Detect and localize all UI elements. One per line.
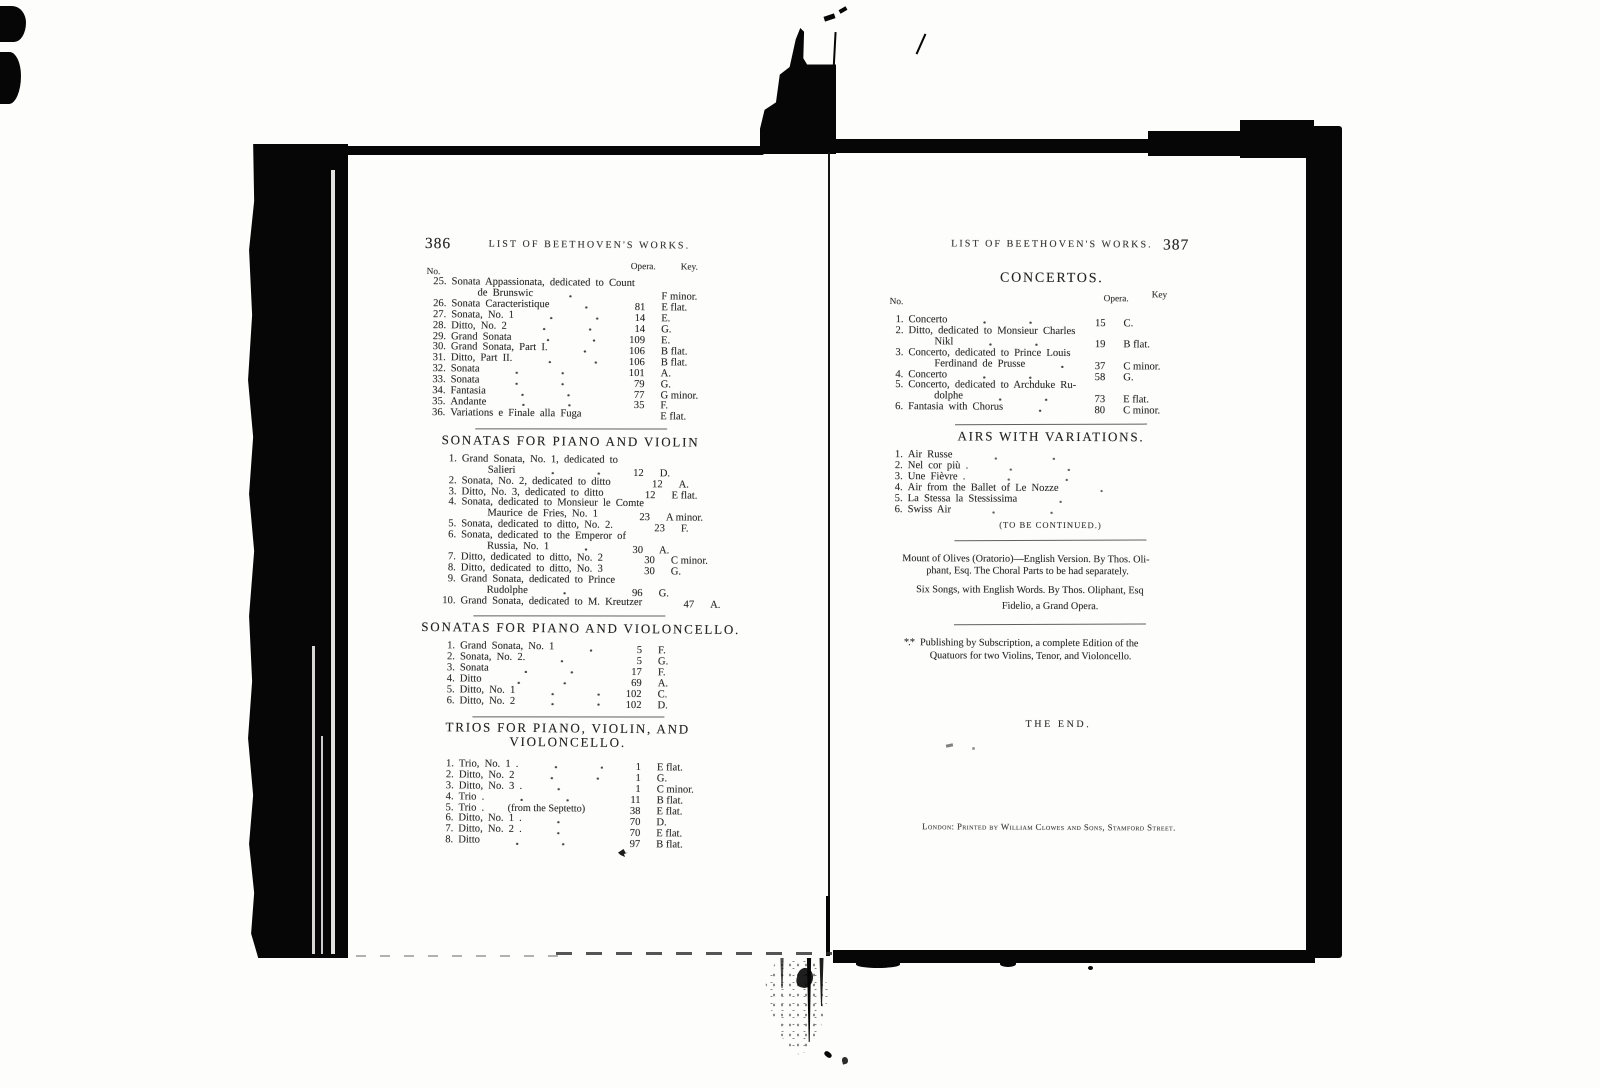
dot-leader xyxy=(650,600,656,606)
scanned-book-spread: 386 LIST OF BEETHOVEN'S WORKS. No. Opera… xyxy=(0,0,1600,1088)
opera-number: 80 xyxy=(1073,406,1105,417)
ink-blotch-top-center xyxy=(760,28,836,154)
opera-number: 58 xyxy=(1073,373,1105,384)
key-signature: G. xyxy=(643,589,717,601)
opera-number: 35 xyxy=(612,401,644,412)
item-number: 8. xyxy=(419,835,458,846)
page-number: 387 xyxy=(1163,236,1189,254)
column-header-no: No. xyxy=(427,267,441,277)
dot-leader xyxy=(619,480,625,486)
key-signature: G. xyxy=(655,568,729,580)
spine-highlight-2 xyxy=(312,646,315,954)
dot-leader xyxy=(556,346,607,352)
item-title: Swiss Air xyxy=(908,505,951,516)
dot-leader xyxy=(530,784,603,791)
to-be-continued-note: (TO BE CONTINUED.) xyxy=(880,519,1220,531)
opera-number: 30 xyxy=(623,567,655,578)
bottom-dashed-line-left xyxy=(356,955,558,957)
opera-number: 97 xyxy=(608,840,640,851)
dot-leader xyxy=(1011,405,1067,411)
spine-highlight-3 xyxy=(321,736,323,954)
section-title-line: VIOLONCELLO. xyxy=(509,734,626,750)
section-divider xyxy=(954,624,1146,626)
item-number: 3. xyxy=(881,348,908,359)
ink-blotch-top-left-1 xyxy=(0,6,26,42)
dot-leader xyxy=(611,556,617,562)
item-number: 36. xyxy=(423,408,450,419)
item-number: 4. xyxy=(422,497,461,508)
item-title: Variations e Finale alla Fuga xyxy=(450,408,581,420)
dot-leader xyxy=(589,412,606,418)
dot-leader xyxy=(611,567,617,573)
dot-leader xyxy=(557,303,607,309)
bottom-edge-bump-1 xyxy=(856,961,900,968)
key-signature: E flat. xyxy=(640,807,714,819)
dot-leader xyxy=(606,513,612,519)
works-list-airs: 1.Air Russe2.Nel cor più .3.Une Fièvre .… xyxy=(881,450,1221,517)
item-title: Ditto xyxy=(458,836,480,847)
item-number: 3. xyxy=(420,781,459,792)
page-left-header: 386 LIST OF BEETHOVEN'S WORKS. xyxy=(425,238,720,261)
key-signature: G minor. xyxy=(644,391,718,403)
dot-leader xyxy=(955,372,1067,379)
works-list-piano-violoncello: 1.Grand Sonata, No. 15F.2.Sonata, No. 2.… xyxy=(420,641,716,709)
key-signature: C minor. xyxy=(1105,362,1189,373)
section-title-piano-violin: SONATAS FOR PIANO AND VIOLIN xyxy=(423,432,718,451)
page-number: 386 xyxy=(425,235,451,253)
section-divider xyxy=(472,716,664,717)
dot-leader xyxy=(959,508,1103,515)
opera-number: 102 xyxy=(610,689,642,700)
key-signature: C. xyxy=(642,690,716,702)
column-header-key: Key. xyxy=(681,262,698,272)
the-end-label: THE END. xyxy=(879,718,1219,731)
ink-diagonal-mark xyxy=(916,34,927,55)
key-signature: E. xyxy=(645,314,719,326)
opera-number: 12 xyxy=(623,491,655,502)
dot-leader xyxy=(490,677,604,684)
column-header-opera: Opera. xyxy=(631,262,656,272)
item-number: 4. xyxy=(420,792,459,803)
dot-leader xyxy=(487,378,606,385)
ink-speck-top-2 xyxy=(839,6,848,13)
book-top-edge-left xyxy=(338,146,764,155)
column-header-no: No. xyxy=(890,297,904,307)
dot-leader xyxy=(1067,486,1103,492)
dot-leader xyxy=(955,318,1067,325)
ink-speck-top-1 xyxy=(823,13,835,21)
item-title: Ditto, No. 2 xyxy=(459,696,515,707)
note-line: phant, Esq. The Choral Parts to be had s… xyxy=(880,565,1220,579)
subscription-text: Quatuors for two Violins, Tenor, and Vio… xyxy=(880,650,1220,664)
opera-number: 96 xyxy=(611,589,643,600)
dot-leader xyxy=(520,357,607,364)
item-number: 2. xyxy=(423,476,462,487)
key-signature: F. xyxy=(642,668,716,680)
subscription-line: *.*Publishing by Subscription, a complet… xyxy=(880,637,1220,651)
dot-leader xyxy=(621,524,627,530)
item-number: 6. xyxy=(422,530,461,541)
item-number: 6. xyxy=(881,402,908,413)
opera-number: 19 xyxy=(1073,340,1105,351)
dot-leader xyxy=(497,666,604,673)
dot-leader xyxy=(976,464,1103,471)
work-item-row: 6.Swiss Air xyxy=(881,505,1221,518)
dot-leader xyxy=(492,795,602,802)
item-number: 10. xyxy=(421,596,460,607)
dot-leader xyxy=(961,340,1067,347)
page-gutter-line xyxy=(828,152,830,956)
opera-number: 12 xyxy=(612,469,644,480)
item-number: 2. xyxy=(881,326,908,337)
dot-leader xyxy=(541,291,607,298)
key-signature: A. xyxy=(645,369,719,381)
book-top-edge-step xyxy=(1148,131,1250,156)
section-title-trios: TRIOS FOR PIANO, VIOLIN, AND VIOLONCELLO… xyxy=(420,720,715,752)
page-gutter-line-bottom xyxy=(826,896,830,956)
dot-leader xyxy=(611,491,617,497)
bottom-edge-dot xyxy=(1088,966,1093,970)
item-number: 5. xyxy=(881,380,908,391)
bottom-edge-bump-2 xyxy=(1000,961,1016,967)
key-signature: B flat. xyxy=(645,358,719,370)
book-top-edge-corner xyxy=(1240,120,1314,158)
key-signature: G. xyxy=(645,325,719,337)
item-number: 25. xyxy=(425,277,452,288)
dot-leader xyxy=(536,588,605,595)
column-headers: No. Opera. Key xyxy=(882,292,1222,311)
key-signature: G. xyxy=(642,657,716,669)
works-list-trios: 1.Trio, No. 1 .1E flat.2.Ditto, No. 21G.… xyxy=(419,759,715,849)
opera-number: 15 xyxy=(1074,319,1106,330)
section-divider xyxy=(473,616,665,617)
key-signature: E flat. xyxy=(644,412,718,424)
dot-leader xyxy=(523,699,603,706)
item-number: 28. xyxy=(424,321,451,332)
column-header-opera: Opera. xyxy=(1104,294,1129,304)
subscription-note: *.*Publishing by Subscription, a complet… xyxy=(880,637,1220,664)
ink-blotch-top-left-2 xyxy=(0,52,21,104)
dot-leader xyxy=(522,773,602,780)
key-signature: C minor. xyxy=(1105,406,1189,417)
page-left: 386 LIST OF BEETHOVEN'S WORKS. No. Opera… xyxy=(419,238,720,849)
key-signature: F. xyxy=(665,524,739,536)
section-divider xyxy=(475,428,667,429)
bottom-dashed-line-center xyxy=(556,952,832,955)
key-signature: B flat. xyxy=(1105,340,1189,351)
subscription-text: Publishing by Subscription, a complete E… xyxy=(920,637,1139,649)
opera-number: 30 xyxy=(611,545,643,556)
item-number: 6. xyxy=(420,696,459,707)
column-headers: No. Opera. Key. xyxy=(425,260,720,280)
section-title-airs: AIRS WITH VARIATIONS. xyxy=(881,428,1221,446)
dot-leader xyxy=(526,762,603,769)
column-header-key: Key xyxy=(1152,290,1168,300)
dot-leader xyxy=(533,656,604,663)
dot-leader xyxy=(973,475,1102,482)
book-bottom-edge xyxy=(833,950,1315,963)
key-signature: A. xyxy=(694,601,768,613)
key-signature: D. xyxy=(641,701,715,713)
dot-leader xyxy=(960,453,1102,460)
key-signature: A. xyxy=(642,679,716,691)
book-top-edge-right xyxy=(828,139,1153,153)
works-list-concertos: 1.Concerto15C.2.Ditto, dedicated to Mons… xyxy=(881,315,1222,415)
opera-number: 23 xyxy=(633,524,665,535)
dot-leader xyxy=(522,313,607,320)
book-right-edge xyxy=(1306,126,1342,958)
opera-number: 23 xyxy=(618,513,650,524)
running-head: LIST OF BEETHOVEN'S WORKS. xyxy=(425,238,720,252)
dot-leader xyxy=(530,828,603,835)
spine-highlight-1 xyxy=(331,170,335,954)
item-number: 6. xyxy=(881,505,908,516)
page-right: LIST OF BEETHOVEN'S WORKS. 387 CONCERTOS… xyxy=(879,238,1222,833)
works-list-sonatas-piano: 25.Sonata Appassionata, dedicated to Cou… xyxy=(423,277,719,422)
dot-leader xyxy=(562,645,604,651)
key-signature: F. xyxy=(642,646,716,658)
dot-leader xyxy=(494,389,607,396)
dot-leader xyxy=(557,545,605,551)
key-signature: E flat. xyxy=(645,303,719,315)
section-title-concertos: CONCERTOS. xyxy=(882,270,1222,288)
key-signature: C minor. xyxy=(655,557,729,569)
key-signature: E flat. xyxy=(655,491,729,503)
dot-leader xyxy=(515,324,607,331)
printer-imprint: London: Printed by William Clowes and So… xyxy=(879,821,1219,833)
key-signature: B flat. xyxy=(640,840,714,852)
opera-number: 79 xyxy=(613,379,645,390)
dot-leader xyxy=(530,817,603,824)
note-six-songs: Six Songs, with English Words. By Thos. … xyxy=(880,584,1220,598)
section-divider xyxy=(955,424,1147,426)
item-title: Fantasia with Chorus xyxy=(908,402,1003,413)
dot-leader xyxy=(971,394,1067,401)
item-number: 1. xyxy=(423,454,462,465)
dot-leader xyxy=(519,335,607,342)
dot-leader xyxy=(488,838,602,845)
ink-speck-bottom-2 xyxy=(841,1056,849,1064)
dot-leader xyxy=(1025,497,1102,503)
note-fidelio: Fidelio, a Grand Opera. xyxy=(880,600,1220,614)
section-title-piano-violoncello: SONATAS FOR PIANO AND VIOLONCELLO. xyxy=(421,619,716,638)
asterism-mark: *.* xyxy=(904,637,920,648)
dot-leader xyxy=(494,400,606,407)
section-divider xyxy=(954,539,1146,541)
dot-leader xyxy=(523,468,605,475)
item-number: 9. xyxy=(422,574,461,585)
key-signature: G. xyxy=(1105,373,1189,384)
ink-speck-bottom-1 xyxy=(823,1050,832,1059)
opera-number: 102 xyxy=(609,700,641,711)
dot-leader xyxy=(523,689,603,696)
opera-number: 47 xyxy=(662,600,694,611)
key-signature: E flat. xyxy=(641,764,715,776)
note-mount-of-olives: Mount of Olives (Oratorio)—English Versi… xyxy=(880,553,1220,580)
key-signature: C. xyxy=(1106,319,1190,330)
page-right-header: LIST OF BEETHOVEN'S WORKS. 387 xyxy=(882,238,1222,260)
works-list-piano-violin: 1.Grand Sonata, No. 1, dedicated toSalie… xyxy=(421,454,717,610)
dot-leader xyxy=(488,367,607,374)
dot-leader xyxy=(1033,362,1067,368)
